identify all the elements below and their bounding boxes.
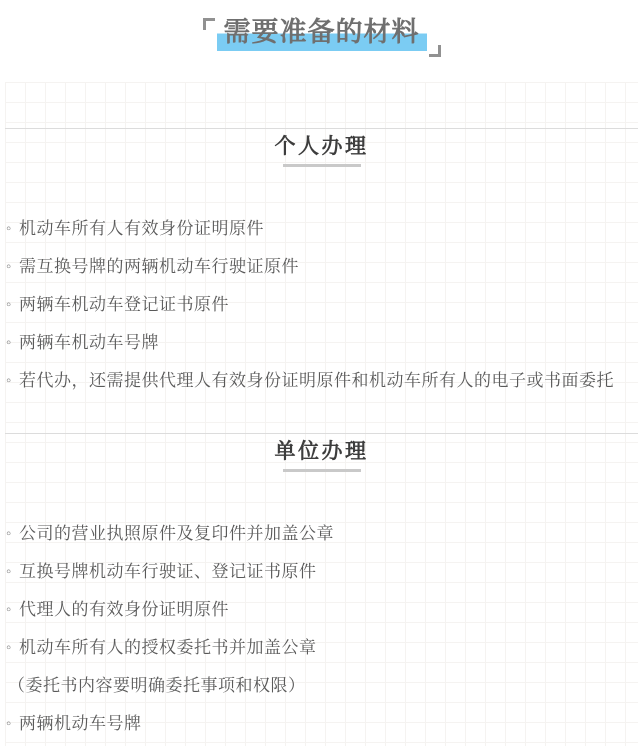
circle-bullet-icon: ◦ xyxy=(6,562,13,582)
list-item-text: 若代办，还需提供代理人有效身份证明原件和机动车所有人的电子或书面委托 xyxy=(19,371,614,391)
list-item-text: 互换号牌机动车行驶证、登记证书原件 xyxy=(19,562,317,582)
section-heading-company-label: 单位办理 xyxy=(275,438,369,472)
list-item: ◦ 互换号牌机动车行驶证、登记证书原件 xyxy=(5,562,638,600)
list-item: ◦ 代理人的有效身份证明原件 xyxy=(5,600,638,638)
list-item-text: 代理人的有效身份证明原件 xyxy=(19,600,229,620)
list-item-text: 需互换号牌的两辆机动车行驶证原件 xyxy=(19,257,299,277)
list-item-text: 两辆车机动车登记证书原件 xyxy=(19,295,229,315)
page-title: 需要准备的材料 xyxy=(217,16,427,51)
circle-bullet-icon: ◦ xyxy=(6,524,13,544)
circle-bullet-icon: ◦ xyxy=(6,600,13,620)
circle-bullet-icon: ◦ xyxy=(6,638,13,658)
content-area: 个人办理 ◦ 机动车所有人有效身份证明原件 ◦ 需互换号牌的两辆机动车行驶证原件… xyxy=(5,82,638,746)
corner-bracket-top-left-icon xyxy=(203,18,215,30)
list-item-text: 机动车所有人的授权委托书并加盖公章 xyxy=(19,638,317,658)
list-item: ◦ 机动车所有人有效身份证明原件 xyxy=(5,219,638,257)
list-item: ◦ 需互换号牌的两辆机动车行驶证原件 xyxy=(5,257,638,295)
list-item: ◦ 两辆车机动车登记证书原件 xyxy=(5,295,638,333)
circle-bullet-icon: ◦ xyxy=(6,333,13,353)
page-header: 需要准备的材料 xyxy=(0,0,643,82)
circle-bullet-icon: ◦ xyxy=(6,371,13,391)
list-item-text: 两辆机动车号牌 xyxy=(19,714,142,734)
company-materials-list: ◦ 公司的营业执照原件及复印件并加盖公章 ◦ 互换号牌机动车行驶证、登记证书原件… xyxy=(5,524,638,746)
section-heading-company: 单位办理 xyxy=(5,434,638,472)
list-item: ◦ 公司的营业执照原件及复印件并加盖公章 xyxy=(5,524,638,562)
list-item-text: 两辆车机动车号牌 xyxy=(19,333,159,353)
section-personal: 个人办理 ◦ 机动车所有人有效身份证明原件 ◦ 需互换号牌的两辆机动车行驶证原件… xyxy=(5,128,638,409)
list-item-text: 机动车所有人有效身份证明原件 xyxy=(19,219,264,239)
list-item: ◦ 两辆车机动车号牌 xyxy=(5,333,638,371)
list-item-text: 公司的营业执照原件及复印件并加盖公章 xyxy=(19,524,334,544)
list-item-text: （委托书内容要明确委托事项和权限） xyxy=(8,676,306,696)
page-title-wrap: 需要准备的材料 xyxy=(217,16,427,51)
list-item: ◦ 机动车所有人的授权委托书并加盖公章 xyxy=(5,638,638,676)
section-heading-personal: 个人办理 xyxy=(5,129,638,167)
corner-bracket-bottom-right-icon xyxy=(429,45,441,57)
section-heading-personal-label: 个人办理 xyxy=(275,133,369,167)
page: 需要准备的材料 个人办理 ◦ 机动车所有人有效身份证明原件 ◦ 需互换号牌的两辆… xyxy=(0,0,643,746)
section-company: 单位办理 ◦ 公司的营业执照原件及复印件并加盖公章 ◦ 互换号牌机动车行驶证、登… xyxy=(5,433,638,746)
list-item-note: （委托书内容要明确委托事项和权限） xyxy=(5,676,638,714)
list-item: ◦ 若代办，还需提供代理人有效身份证明原件和机动车所有人的电子或书面委托 xyxy=(5,371,638,409)
circle-bullet-icon: ◦ xyxy=(6,714,13,734)
list-item: ◦ 两辆机动车号牌 xyxy=(5,714,638,746)
circle-bullet-icon: ◦ xyxy=(6,219,13,239)
circle-bullet-icon: ◦ xyxy=(6,257,13,277)
circle-bullet-icon: ◦ xyxy=(6,295,13,315)
personal-materials-list: ◦ 机动车所有人有效身份证明原件 ◦ 需互换号牌的两辆机动车行驶证原件 ◦ 两辆… xyxy=(5,219,638,409)
